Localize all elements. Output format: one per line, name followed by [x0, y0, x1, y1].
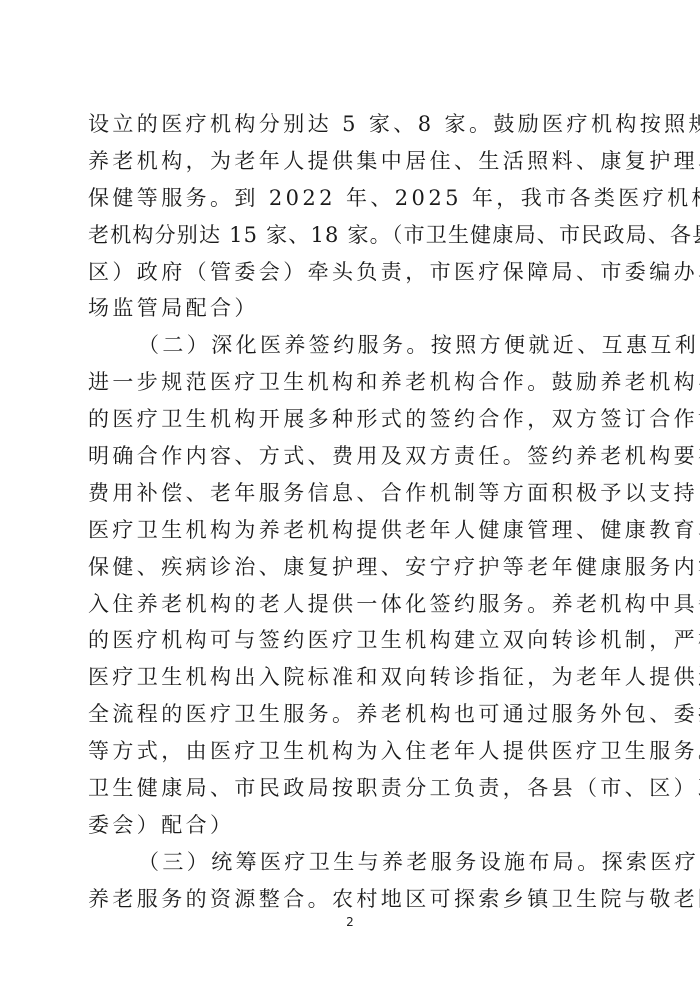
- section-heading-line: （三）统筹医疗卫生与养老服务设施布局。探索医疗卫生和: [88, 844, 614, 881]
- text-line: 老机构分别达 15 家、18 家。（市卫生健康局、市民政局、各县（市、: [88, 217, 614, 254]
- text-line: 场监管局配合）: [88, 290, 614, 327]
- text-line: 卫生健康局、市民政局按职责分工负责，各县（市、区）政府（管: [88, 770, 614, 807]
- text-line: 保健、疾病诊治、康复护理、安宁疗护等老年健康服务内容，为: [88, 549, 614, 586]
- body-text: 设立的医疗机构分别达 5 家、8 家。鼓励医疗机构按照规定设立 养老机构，为老年…: [88, 106, 614, 918]
- text-line: 费用补偿、老年服务信息、合作机制等方面积极予以支持；签约: [88, 475, 614, 512]
- document-page: 设立的医疗机构分别达 5 家、8 家。鼓励医疗机构按照规定设立 养老机构，为老年…: [0, 0, 700, 990]
- text-line: 医疗卫生机构出入院标准和双向转诊指征，为老年人提供连续、: [88, 659, 614, 696]
- text-line: 保健等服务。到 2022 年、2025 年，我市各类医疗机构设立的养: [88, 180, 614, 217]
- text-line: 养老机构，为老年人提供集中居住、生活照料、康复护理、医疗: [88, 143, 614, 180]
- text-line: 等方式，由医疗卫生机构为入住老年人提供医疗卫生服务。（市: [88, 733, 614, 770]
- text-line: 区）政府（管委会）牵头负责，市医疗保障局、市委编办、市市: [88, 254, 614, 291]
- text-line: 的医疗机构可与签约医疗卫生机构建立双向转诊机制，严格按照: [88, 622, 614, 659]
- text-line: 设立的医疗机构分别达 5 家、8 家。鼓励医疗机构按照规定设立: [88, 106, 614, 143]
- text-line: 医疗卫生机构为养老机构提供老年人健康管理、健康教育、预防: [88, 512, 614, 549]
- text-line: 的医疗卫生机构开展多种形式的签约合作，双方签订合作协议，: [88, 401, 614, 438]
- text-line: 委会）配合）: [88, 807, 614, 844]
- text-line: 入住养老机构的老人提供一体化签约服务。养老机构中具备条件: [88, 586, 614, 623]
- text-line: 明确合作内容、方式、费用及双方责任。签约养老机构要在服务: [88, 438, 614, 475]
- text-line: 养老服务的资源整合。农村地区可探索乡镇卫生院与敬老院、村: [88, 881, 614, 918]
- section-heading-line: （二）深化医养签约服务。按照方便就近、互惠互利原则，: [88, 327, 614, 364]
- page-number: 2: [0, 915, 700, 929]
- text-line: 进一步规范医疗卫生机构和养老机构合作。鼓励养老机构与周边: [88, 364, 614, 401]
- text-line: 全流程的医疗卫生服务。养老机构也可通过服务外包、委托经营: [88, 696, 614, 733]
